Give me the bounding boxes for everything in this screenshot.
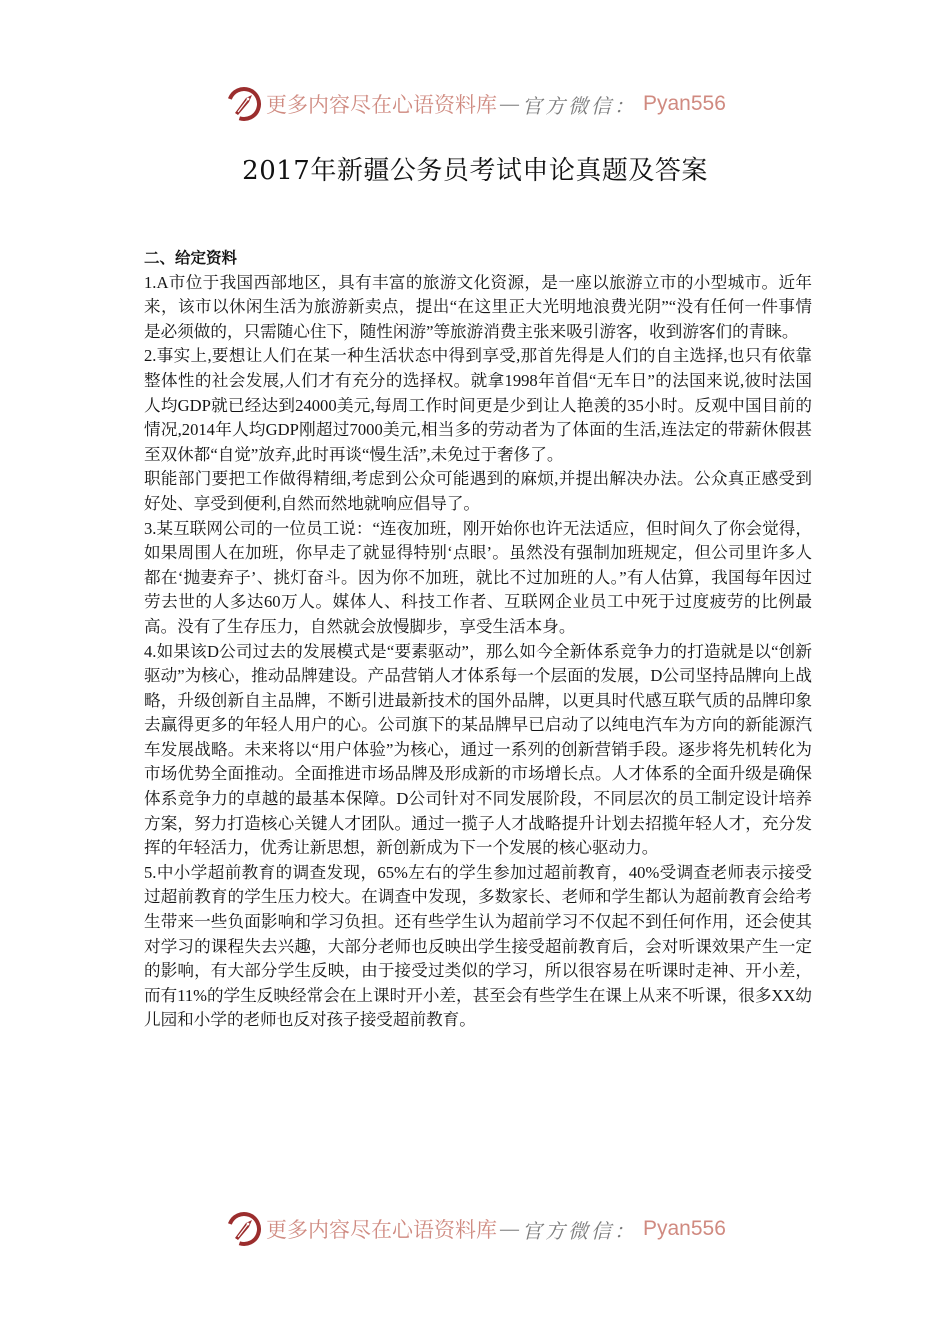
quill-pen-logo-icon <box>226 1211 262 1247</box>
site-text: 更多内容尽在心语资料库 <box>266 1214 497 1244</box>
quill-pen-logo-icon <box>226 86 262 122</box>
paragraph-2-continued: 职能部门要把工作做得精细,考虑到公众可能遇到的麻烦,并提出解决办法。公众真正感受… <box>144 467 812 516</box>
paragraph-3: 3.某互联网公司的一位员工说：“连夜加班，刚开始你也许无法适应，但时间久了你会觉… <box>144 517 812 640</box>
wechat-id: Pyan556 <box>643 1217 726 1241</box>
separator: — <box>499 92 520 116</box>
footer-banner: 更多内容尽在心语资料库 — 官方微信： Pyan556 <box>226 1209 726 1249</box>
separator: — <box>499 1217 520 1241</box>
paragraph-1: 1.A市位于我国西部地区，具有丰富的旅游文化资源，是一座以旅游立市的小型城市。近… <box>144 271 812 345</box>
paragraph-4: 4.如果该D公司过去的发展模式是“要素驱动”，那么如今全新体系竞争力的打造就是以… <box>144 640 812 861</box>
document-body: 二、给定资料 1.A市位于我国西部地区，具有丰富的旅游文化资源，是一座以旅游立市… <box>144 246 812 1033</box>
wechat-label: 官方微信： <box>522 90 637 119</box>
header-banner: 更多内容尽在心语资料库 — 官方微信： Pyan556 <box>226 84 726 124</box>
document-title: 2017年新疆公务员考试申论真题及答案 <box>0 150 950 187</box>
section-heading: 二、给定资料 <box>144 246 812 271</box>
paragraph-2: 2.事实上,要想让人们在某一种生活状态中得到享受,那首先得是人们的自主选择,也只… <box>144 344 812 467</box>
site-text: 更多内容尽在心语资料库 <box>266 89 497 119</box>
wechat-id: Pyan556 <box>643 92 726 116</box>
wechat-label: 官方微信： <box>522 1215 637 1244</box>
paragraph-5: 5.中小学超前教育的调查发现，65%左右的学生参加过超前教育，40%受调查老师表… <box>144 861 812 1033</box>
